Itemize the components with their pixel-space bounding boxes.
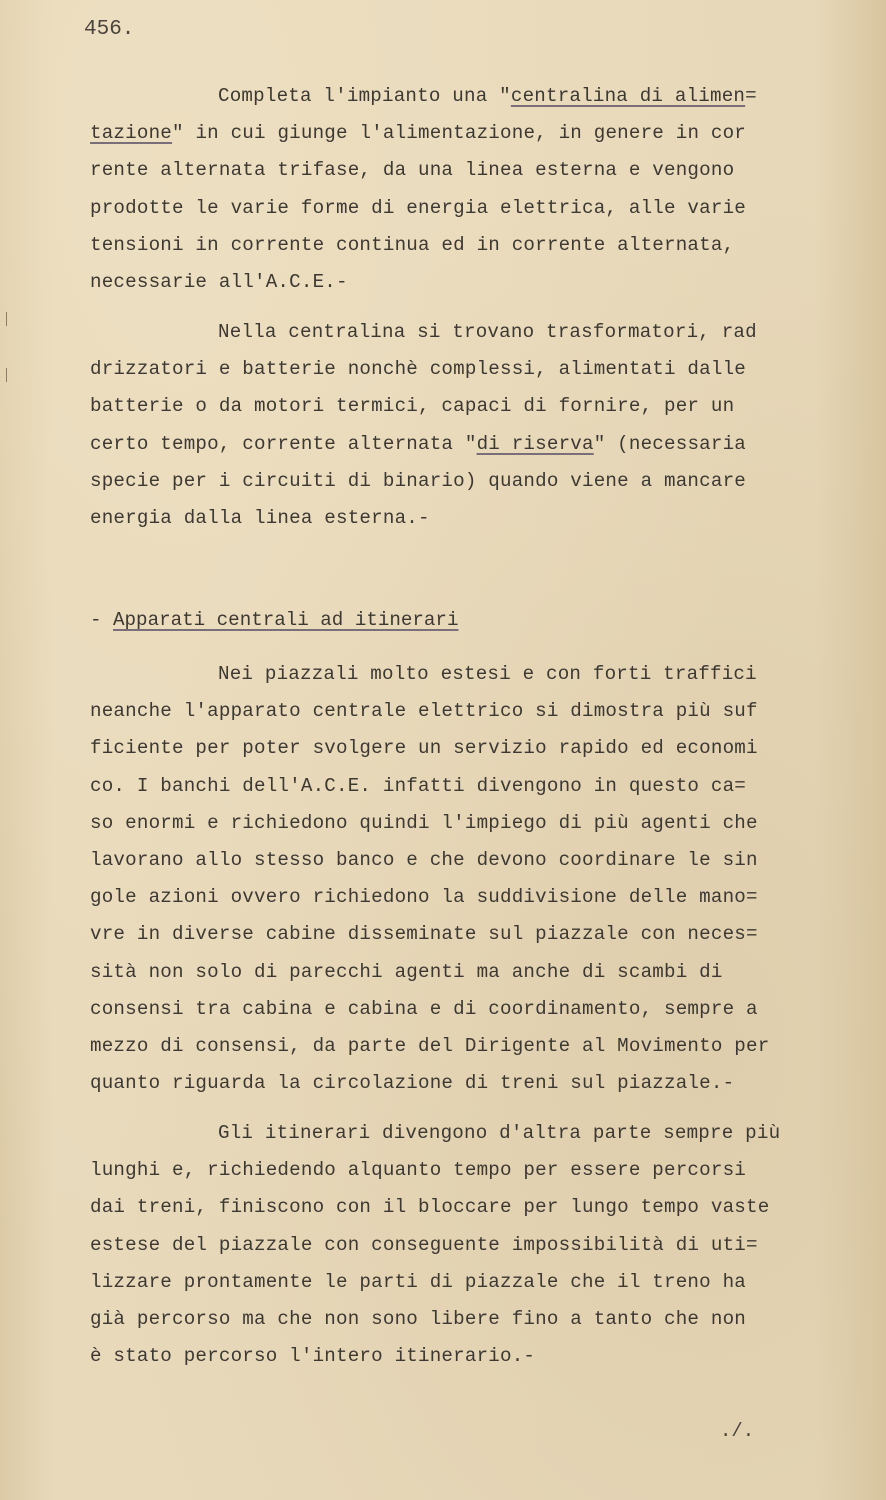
paragraph-1-line: prodotte le varie forme di energia elett… <box>90 196 746 220</box>
paragraph-1-line: necessarie all'A.C.E.- <box>90 270 348 294</box>
paragraph-1-line: Completa l'impianto una "centralina di a… <box>218 84 757 108</box>
paragraph-4-line: dai treni, finiscono con il bloccare per… <box>90 1195 769 1219</box>
section-heading-title: Apparati centrali ad itinerari <box>113 609 458 631</box>
paragraph-3-line: neanche l'apparato centrale elettrico si… <box>90 699 758 723</box>
paragraph-1-line: tensioni in corrente continua ed in corr… <box>90 233 734 257</box>
paragraph-4-line: Gli itinerari divengono d'altra parte se… <box>218 1121 780 1145</box>
paragraph-4-line: lizzare prontamente le parti di piazzale… <box>90 1270 746 1294</box>
paragraph-4-line: è stato percorso l'intero itinerario.- <box>90 1344 535 1368</box>
paragraph-3-line: vre in diverse cabine disseminate sul pi… <box>90 922 758 946</box>
paragraph-3-line: ficiente per poter svolgere un servizio … <box>90 736 758 760</box>
paragraph-3-line: gole azioni ovvero richiedono la suddivi… <box>90 885 758 909</box>
continuation-mark: ./. <box>720 1420 754 1442</box>
typewritten-page: 456. Completa l'impianto una "centralina… <box>0 0 886 1500</box>
paragraph-3-line: so enormi e richiedono quindi l'impiego … <box>90 811 758 835</box>
paragraph-2-line: certo tempo, corrente alternata "di rise… <box>90 432 746 456</box>
paragraph-2-line: energia dalla linea esterna.- <box>90 506 430 530</box>
margin-mark <box>6 368 7 382</box>
underlined-term: centralina di alimen <box>511 85 745 107</box>
paragraph-4-line: già percorso ma che non sono libere fino… <box>90 1307 746 1331</box>
paragraph-3-line: sità non solo di parecchi agenti ma anch… <box>90 960 723 984</box>
paragraph-3-line: Nei piazzali molto estesi e con forti tr… <box>218 662 757 686</box>
underlined-term: tazione <box>90 122 172 144</box>
paragraph-3-line: mezzo di consensi, da parte del Dirigent… <box>90 1034 769 1058</box>
paragraph-2-line: batterie o da motori termici, capaci di … <box>90 394 734 418</box>
page-number: 456. <box>84 18 134 41</box>
paragraph-1-line: rente alternata trifase, da una linea es… <box>90 158 734 182</box>
paragraph-4-line: lunghi e, richiedendo alquanto tempo per… <box>90 1158 746 1182</box>
paragraph-4-line: estese del piazzale con conseguente impo… <box>90 1233 758 1257</box>
underlined-term: di riserva <box>477 433 594 455</box>
paragraph-3-line: lavorano allo stesso banco e che devono … <box>90 848 758 872</box>
paragraph-3-line: consensi tra cabina e cabina e di coordi… <box>90 997 758 1021</box>
paragraph-2-line: Nella centralina si trovano trasformator… <box>218 320 757 344</box>
margin-mark <box>6 312 7 326</box>
paragraph-2-line: drizzatori e batterie nonchè complessi, … <box>90 357 746 381</box>
paragraph-3-line: co. I banchi dell'A.C.E. infatti divengo… <box>90 774 746 798</box>
paragraph-2-line: specie per i circuiti di binario) quando… <box>90 469 746 493</box>
section-heading: - Apparati centrali ad itinerari <box>90 608 458 632</box>
paragraph-3-line: quanto riguarda la circolazione di treni… <box>90 1071 734 1095</box>
paragraph-1-line: tazione" in cui giunge l'alimentazione, … <box>90 121 746 145</box>
